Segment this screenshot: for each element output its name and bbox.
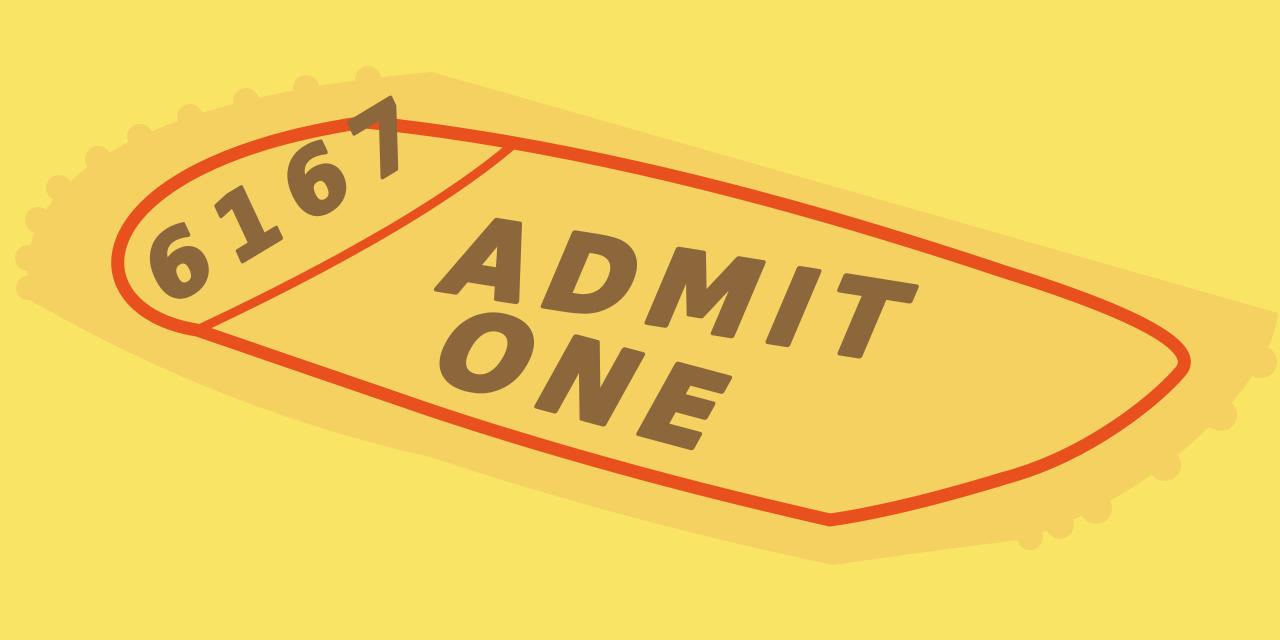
ticket-illustration: 6167 ADMIT ONE [0, 0, 1280, 640]
